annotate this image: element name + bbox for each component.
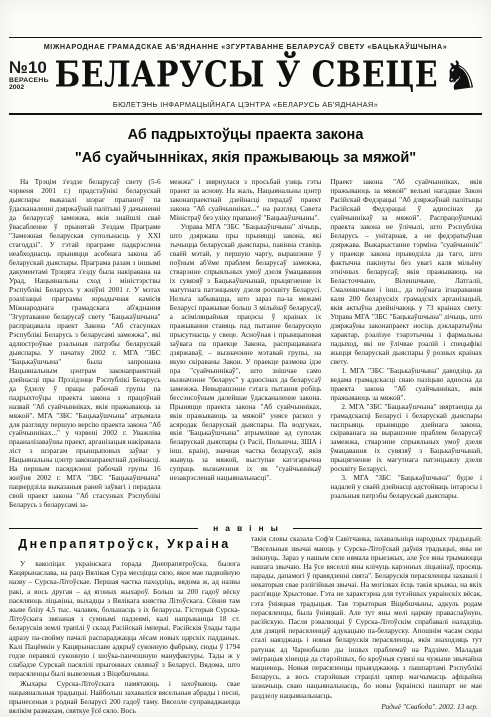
newspaper-page: МІЖНАРОДНАЕ ГРАМАДСКАЕ АБ'ЯДНАННЕ «ЗГУРТ… [0, 0, 491, 717]
issue-month: ВЕРАСЕНЬ [9, 77, 55, 84]
paragraph: Управа МГА "ЗБС "Бацькаўшчына" лічыць, ш… [170, 223, 322, 483]
news-article-title: Днепрапятроўск, Украіна [9, 537, 240, 553]
masthead: №10 ВЕРАСЕНЬ 2002 БЕЛАРУСЫ Ў СВЕЦЕ ♞ [9, 52, 482, 100]
news-article-column-1-text: У ваколіцах украінскага горада Днепрапят… [9, 559, 240, 715]
masthead-rule [9, 113, 482, 115]
paragraph: У ваколіцах украінскага горада Днепрапят… [9, 559, 240, 678]
lead-article-column-1: На Трэцім з'ездзе беларусаў свету (5-6 ч… [9, 178, 161, 519]
news-section-divider: навіны [9, 523, 482, 533]
news-article-column-2: такія словы сказала Соф'я Савітчанка, за… [251, 534, 482, 715]
association-line: МІЖНАРОДНАЕ ГРАМАДСКАЕ АБ'ЯДНАННЕ «ЗГУРТ… [9, 42, 482, 51]
lead-article-column-3: Праект закона "Аб суайчынніках, якія пра… [330, 178, 482, 519]
paragraph: такія словы сказала Соф'я Савітчанка, за… [251, 534, 482, 699]
paragraph: межжа" і звярнулася з просьбай узяць гэт… [170, 178, 322, 223]
issue-block: №10 ВЕРАСЕНЬ 2002 [9, 59, 55, 91]
lead-article-columns: На Трэцім з'ездзе беларусаў свету (5-6 ч… [9, 178, 482, 519]
lead-article-headline: Аб падрыхтоўцы праекта закона "Аб суайчы… [9, 124, 482, 172]
source-attribution: Радыё "Свабода". 2002. 13 вер. [251, 702, 482, 711]
paragraph: Праект закона "Аб суайчынніках, якія пра… [330, 178, 482, 366]
newspaper-title: БЕЛАРУСЫ Ў СВЕЦЕ [55, 55, 438, 96]
news-article-column-1: Днепрапятроўск, Украіна У ваколіцах укра… [9, 534, 240, 715]
paragraph: 2. МГА "ЗБС "Бацькаўшчына" звяртаецца да… [330, 403, 482, 475]
top-rule [9, 37, 482, 38]
news-article: Днепрапятроўск, Украіна У ваколіцах укра… [9, 534, 482, 715]
paragraph: 3. МГА "ЗБС "Бацькаўшчына" будзе і надал… [330, 474, 482, 501]
pahonia-knight-icon: ♞ [435, 51, 485, 101]
issue-number: №10 [9, 59, 55, 77]
lead-article-column-2: межжа" і звярнулася з просьбай узяць гэт… [170, 178, 322, 519]
news-section-label: навіны [206, 523, 285, 533]
newspaper-subtitle: БЮЛЕТЭНЬ ІНФАРМАЦЫЙНАГА ЦЭНТРА «БЕЛАРУСЬ… [9, 100, 482, 109]
paragraph: 1. МГА "ЗБС "Бацькаўшчына" даводзіць да … [330, 367, 482, 403]
paragraph: Жыхары Сурска-Літоўскага памятаюць і зах… [9, 679, 240, 716]
news-article-column-2-text: такія словы сказала Соф'я Савітчанка, за… [251, 534, 482, 699]
divider-rule-right [293, 528, 482, 529]
headline-line-2: "Аб суайчынніках, якія пражываюць за мяж… [75, 150, 416, 166]
paragraph: На Трэцім з'ездзе беларусаў свету (5-6 ч… [9, 178, 161, 510]
divider-rule-left [9, 528, 198, 529]
issue-year: 2002 [9, 84, 55, 91]
headline-line-1: Аб падрыхтоўцы праекта закона [128, 127, 364, 143]
